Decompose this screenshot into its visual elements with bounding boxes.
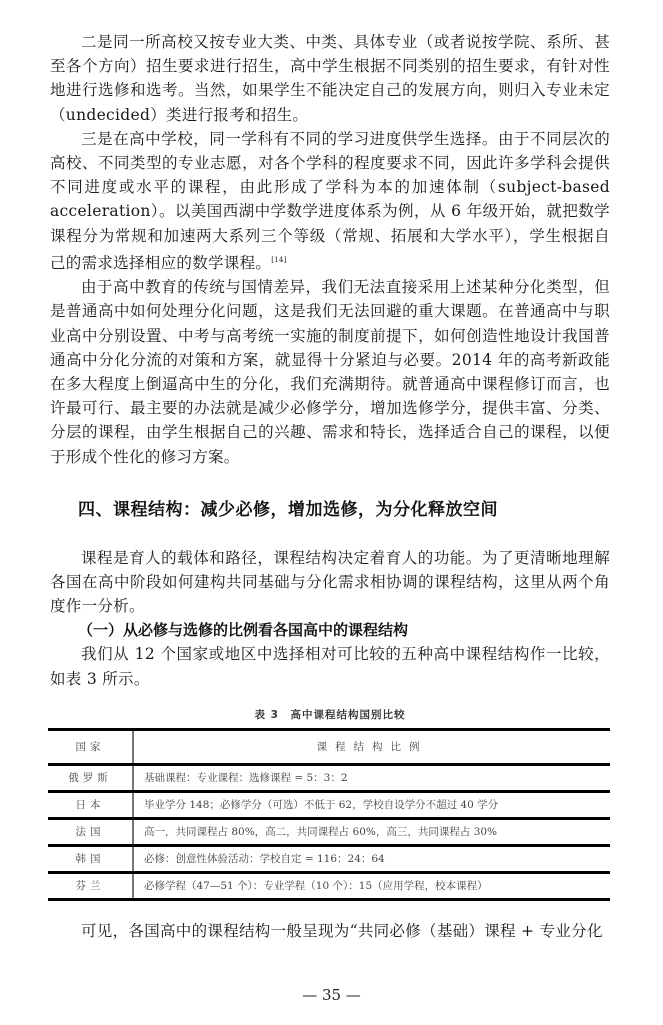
row-ratio: 毕业学分 148；必修学分（可选）不低于 62，学校自设学分不超过 40 学分 <box>133 791 610 818</box>
table-row: 日本 毕业学分 148；必修学分（可选）不低于 62，学校自设学分不超过 40 … <box>48 791 610 818</box>
row-country: 芬兰 <box>48 872 133 899</box>
document-page: 二是同一所高校又按专业大类、中类、具体专业（或者说按学院、系所、甚至各个方向）招… <box>50 30 610 943</box>
table-row: 法国 高一，共同课程占 80%，高二，共同课程占 60%，高三，共同课程占 30… <box>48 818 610 845</box>
row-ratio: 必修学程（47—51 个）：专业学程（10 个）：15（应用学程，校本课程） <box>133 872 610 899</box>
paragraph-2: 三是在高中学校，同一学科有不同的学习进度供学生选择。由于不同层次的高校、不同类型… <box>50 127 610 275</box>
paragraph-2-text: 三是在高中学校，同一学科有不同的学习进度供学生选择。由于不同层次的高校、不同类型… <box>50 130 610 272</box>
table-header-row: 国家 课程结构比例 <box>48 729 610 764</box>
comparison-table: 国家 课程结构比例 俄罗斯 基础课程：专业课程：选修课程 = 5：3：2 日本 … <box>48 728 610 901</box>
section-intro: 课程是育人的载体和路径，课程结构决定着育人的功能。为了更清晰地理解各国在高中阶段… <box>50 546 610 619</box>
row-country: 法国 <box>48 818 133 845</box>
table-caption: 表 3 高中课程结构国别比较 <box>50 707 610 722</box>
row-ratio: 必修：创意性体验活动：学校自定 = 116：24：64 <box>133 845 610 872</box>
row-country: 日本 <box>48 791 133 818</box>
subsection-text: 我们从 12 个国家或地区中选择相对可比较的五种高中课程结构作一比较，如表 3 … <box>50 642 610 690</box>
header-country: 国家 <box>48 729 133 764</box>
closing-paragraph: 可见，各国高中的课程结构一般呈现为“共同必修（基础）课程 + 专业分化 <box>50 919 610 943</box>
row-country: 韩国 <box>48 845 133 872</box>
table-row: 韩国 必修：创意性体验活动：学校自定 = 116：24：64 <box>48 845 610 872</box>
table-row: 俄罗斯 基础课程：专业课程：选修课程 = 5：3：2 <box>48 764 610 791</box>
subsection-heading: （一）从必修与选修的比例看各国高中的课程结构 <box>50 618 610 642</box>
paragraph-3: 由于高中教育的传统与国情差异，我们无法直接采用上述某种分化类型，但是普通高中如何… <box>50 275 610 469</box>
page-number: — 35 — <box>0 986 663 1004</box>
row-country: 俄罗斯 <box>48 764 133 791</box>
row-ratio: 基础课程：专业课程：选修课程 = 5：3：2 <box>133 764 610 791</box>
citation-mark: [14] <box>271 256 287 264</box>
row-ratio: 高一，共同课程占 80%，高二，共同课程占 60%，高三，共同课程占 30% <box>133 818 610 845</box>
section-heading: 四、课程结构：减少必修，增加选修，为分化释放空间 <box>50 495 610 520</box>
header-ratio: 课程结构比例 <box>133 729 610 764</box>
table-row: 芬兰 必修学程（47—51 个）：专业学程（10 个）：15（应用学程，校本课程… <box>48 872 610 899</box>
paragraph-1: 二是同一所高校又按专业大类、中类、具体专业（或者说按学院、系所、甚至各个方向）招… <box>50 30 610 127</box>
